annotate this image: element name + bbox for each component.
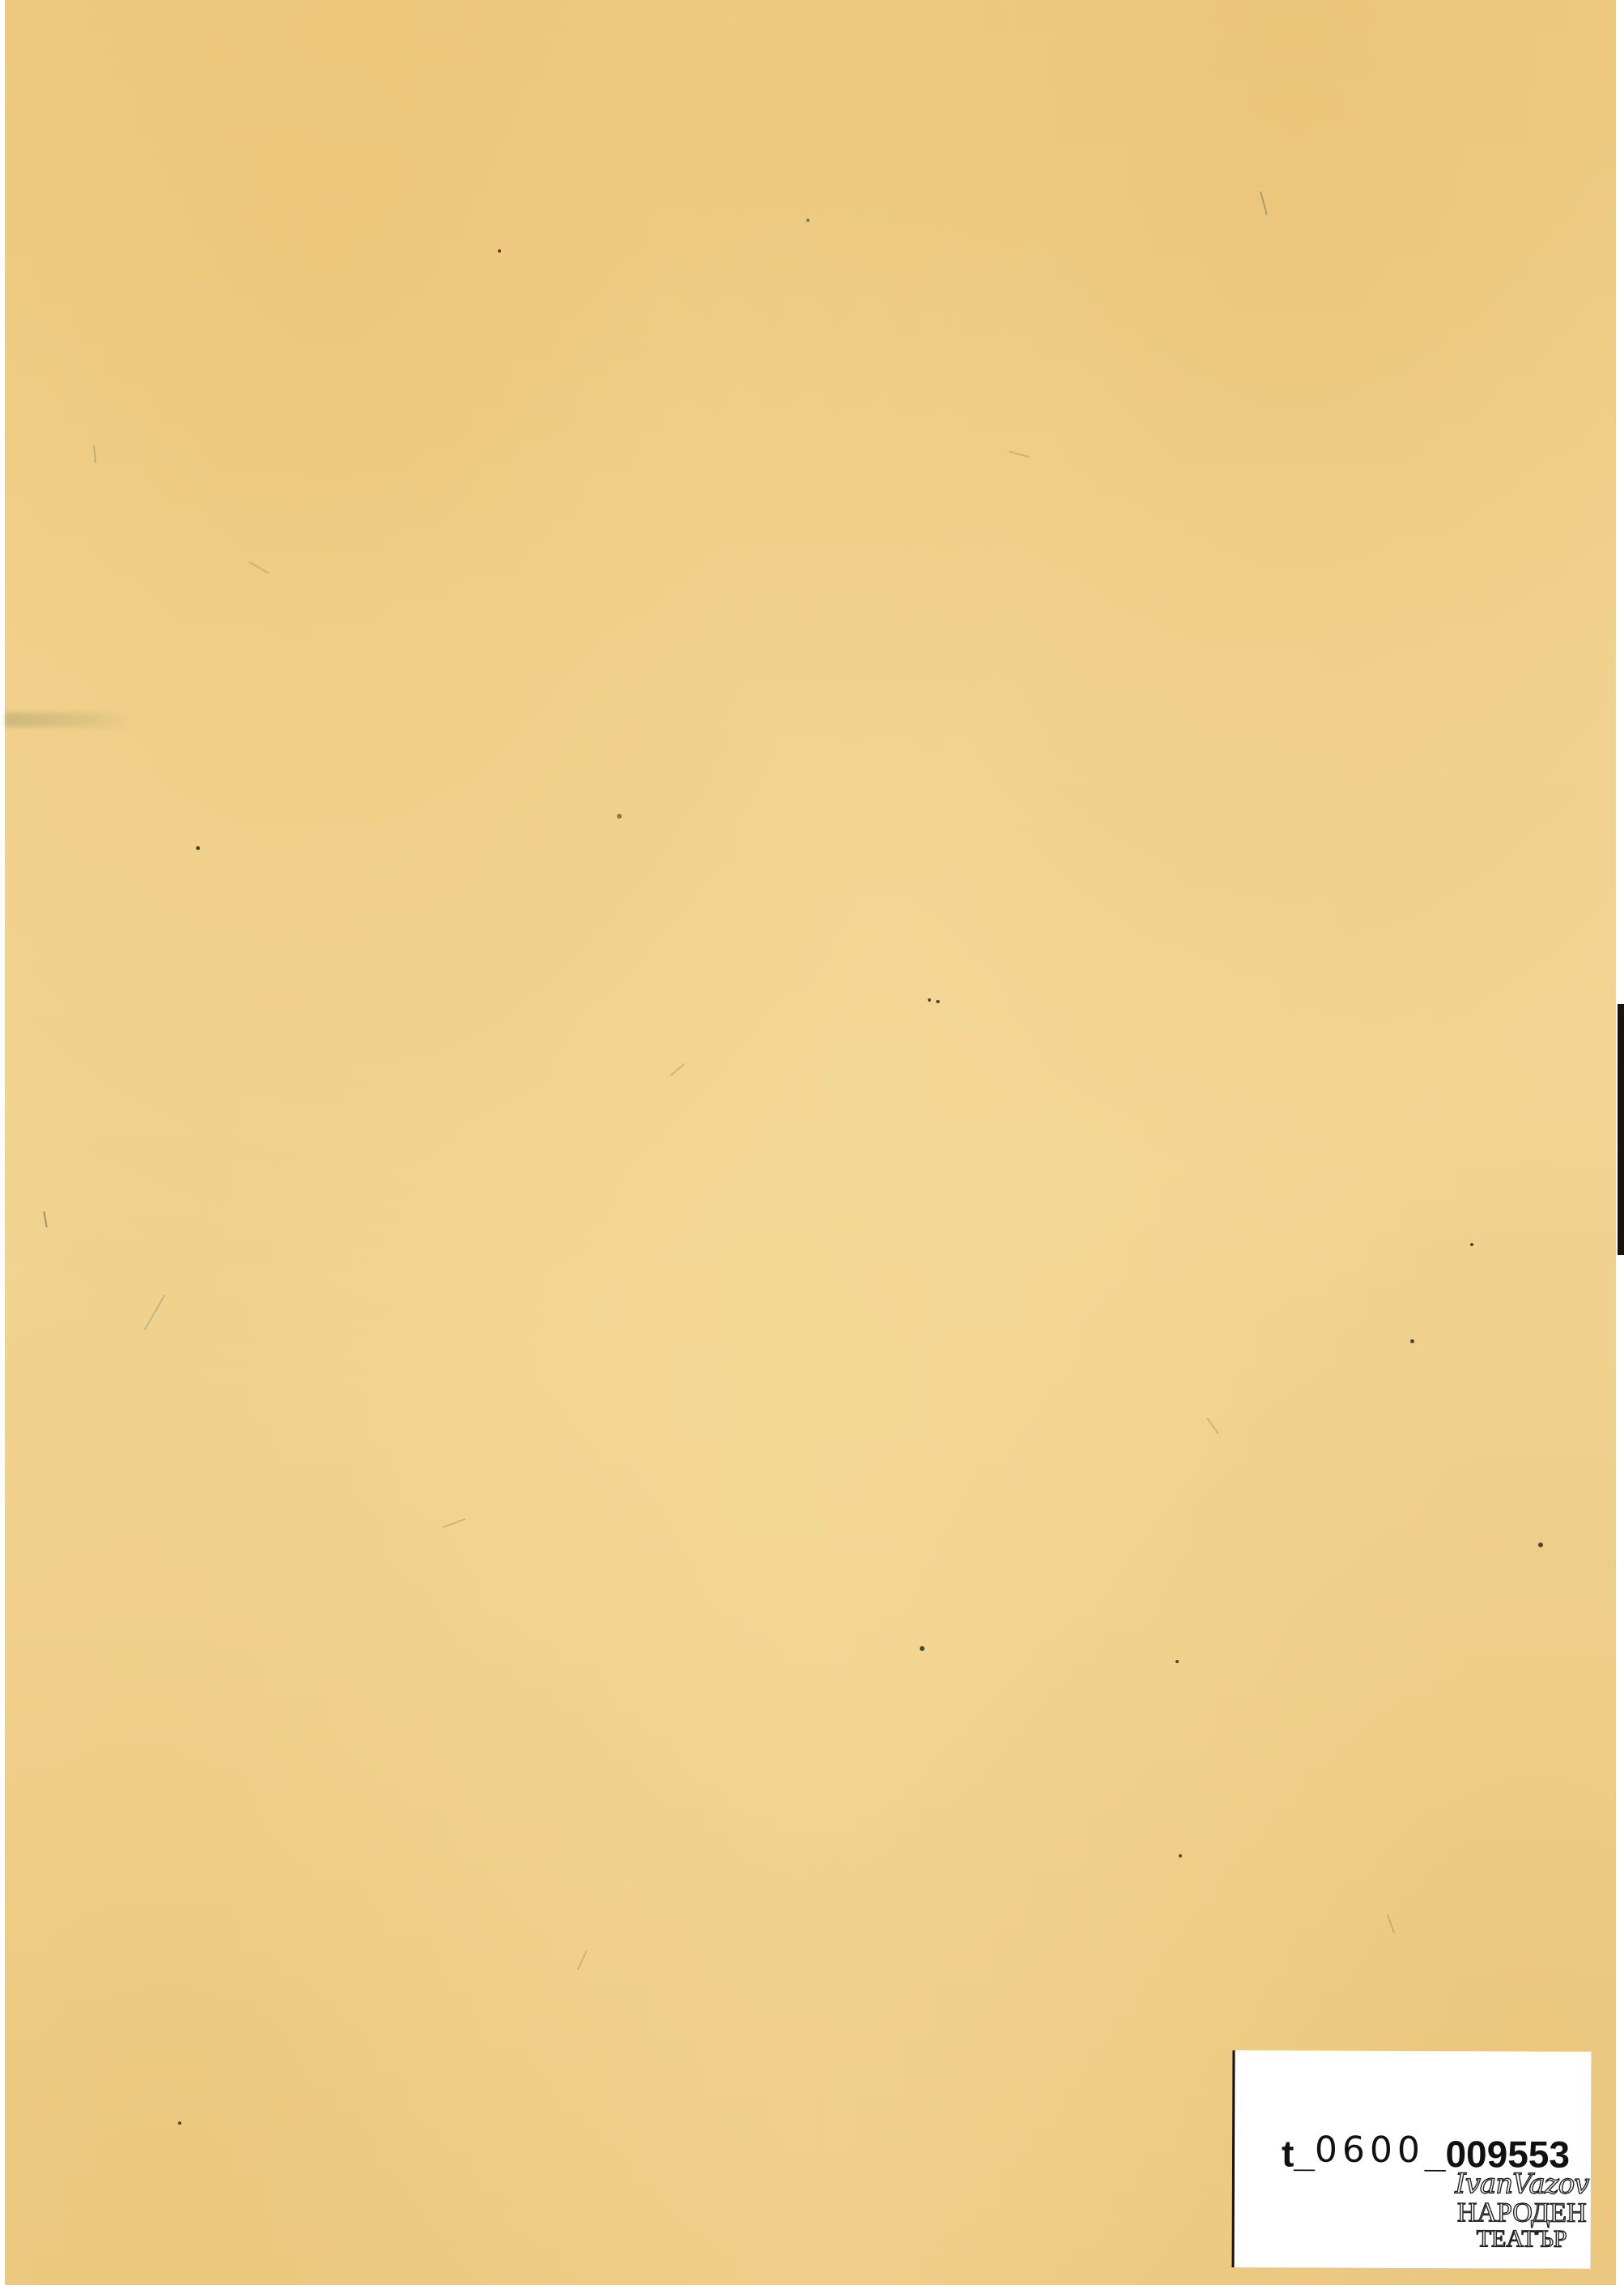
paper-speck <box>1470 1243 1473 1246</box>
paper-speck <box>178 2121 181 2125</box>
logo-line-1: НАРОДЕН <box>1453 2199 1591 2228</box>
paper-speck <box>920 1646 925 1651</box>
archive-code-prefix: t_ <box>1282 2131 1315 2175</box>
paper-fiber <box>43 1211 47 1228</box>
paper-fiber <box>577 1951 588 1970</box>
paper-fiber <box>93 445 96 463</box>
paper-speck <box>806 219 810 222</box>
archive-code-handwritten: 0600 <box>1315 2130 1425 2171</box>
paper-fiber <box>443 1518 466 1528</box>
paper-fiber <box>1387 1914 1395 1933</box>
paper-fiber <box>249 561 269 574</box>
archive-label: t_ 0600 _ 009553 IvanVazov НАРОДЕН ТЕАТЪ… <box>1232 2050 1592 2269</box>
national-theatre-logo: IvanVazov НАРОДЕН ТЕАТЪР <box>1453 2168 1591 2252</box>
paper-fiber <box>144 1295 166 1330</box>
paper-fiber <box>1009 451 1030 458</box>
logo-signature: IvanVazov <box>1453 2168 1591 2200</box>
paper-fiber <box>1260 191 1268 215</box>
paper-fiber <box>670 1063 685 1076</box>
paper-fiber <box>1206 1418 1218 1435</box>
paper-speck <box>498 249 501 253</box>
binding-edge-mark <box>1618 1004 1624 1255</box>
archive-code-separator: _ <box>1425 2132 1446 2176</box>
logo-line-2: ТЕАТЪР <box>1453 2227 1591 2252</box>
paper-speck <box>1179 1854 1182 1857</box>
paper-sheet <box>5 0 1616 2285</box>
paper-speck <box>1538 1542 1543 1547</box>
paper-speck <box>1175 1660 1179 1663</box>
pencil-smudge <box>5 713 134 727</box>
paper-speck <box>1410 1339 1414 1343</box>
paper-speck <box>196 846 200 850</box>
paper-speck <box>928 998 931 1002</box>
paper-speck <box>617 814 622 819</box>
paper-speck <box>936 1000 940 1003</box>
